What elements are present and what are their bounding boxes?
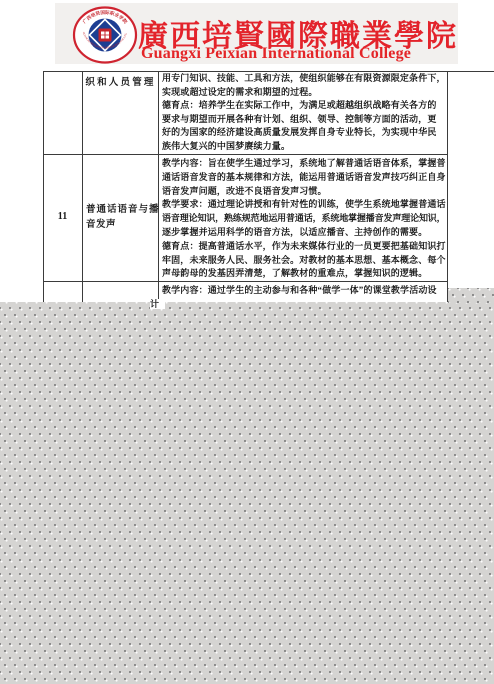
text-line: 教学要求：通过理论讲授和有针对性的训练，使学生系统地掌握普通话 (162, 198, 447, 212)
background-corner-patch (448, 288, 494, 303)
text-line: 语音发声问题，改进不良语音发声习惯。 (162, 185, 447, 199)
course-name-cell: 普通话语音与播 音发声 (86, 203, 157, 233)
course-description-cell: 用专门知识、技能、工具和方法，使组织能够在有限资源限定条件下， 实现或超过设定的… (162, 72, 447, 153)
table-col-divider-1 (82, 71, 83, 302)
text-line: 声母韵母的发基因弄清楚，了解教材的重难点，掌握知识的逻辑。 (162, 267, 447, 281)
text-line: 语音理论知识，熟练规范地运用普通话，系统地掌握播音发声理论知识， (162, 212, 447, 226)
college-name-en: Guangxi Peixian International College (141, 45, 411, 63)
text-line: 教学内容：旨在使学生通过学习，系统地了解普通话语音体系，掌握普 (162, 157, 447, 171)
text-line: 教学内容：通过学生的主动参与和各种“做学一体”的课堂教学活动设 (162, 284, 447, 298)
text-line: 德育点：提高普通话水平，作为未来媒体行业的一员更要把基础知识打 (162, 240, 447, 254)
text-line: 牢固，未来服务人民、服务社会。对教材的基本思想、基本概念、每个 (162, 254, 447, 268)
text-line: 实现或超过设定的需求和期望的过程。 (162, 86, 447, 100)
document-page: 广西培贤国际职业学院 GUANGXI PEIXIAN INTERNATIONAL… (0, 0, 494, 302)
text-line: 逐步掌握并运用科学的语音方法，以适应播音、主持创作的需要。 (162, 226, 447, 240)
table-row-divider-1 (43, 154, 448, 155)
text-line: 音发声 (86, 218, 157, 233)
row-number-cell: 11 (43, 211, 82, 222)
text-line: 德育点：培养学生在实际工作中，为满足或超越组织战略有关各方的 (162, 99, 447, 113)
text-line: 族伟大复兴的中国梦赓续力量。 (162, 140, 447, 154)
table-border-right (447, 71, 448, 302)
table-col-divider-2 (158, 71, 159, 302)
text-line: 用专门知识、技能、工具和方法，使组织能够在有限资源限定条件下， (162, 72, 447, 86)
cutoff-text-fragment: 计 (150, 299, 165, 309)
text-line: 好的为国家的经济建设高质量发展发挥自身专业特长，为实现中华民 (162, 126, 447, 140)
text-line: 要求与期望而开展各种有计划、组织、领导、控制等方面的活动，更 (162, 113, 447, 127)
college-logo-icon: 广西培贤国际职业学院 GUANGXI PEIXIAN INTERNATIONAL… (72, 6, 138, 64)
text-line: 普通话语音与播 (86, 203, 157, 218)
course-name-cell: 织和人员管理 (85, 74, 156, 88)
text-line: 通话语音发音的基本规律和方法，能运用普通话语音发声技巧纠正自身 (162, 171, 447, 185)
table-border-left (43, 71, 44, 302)
course-description-cell: 教学内容：通过学生的主动参与和各种“做学一体”的课堂教学活动设 (162, 284, 447, 298)
viewer-background: { "header": { "college_name_zh": "廣西培賢國際… (0, 0, 494, 684)
course-description-cell: 教学内容：旨在使学生通过学习，系统地了解普通话语音体系，掌握普 通话语音发音的基… (162, 157, 447, 281)
